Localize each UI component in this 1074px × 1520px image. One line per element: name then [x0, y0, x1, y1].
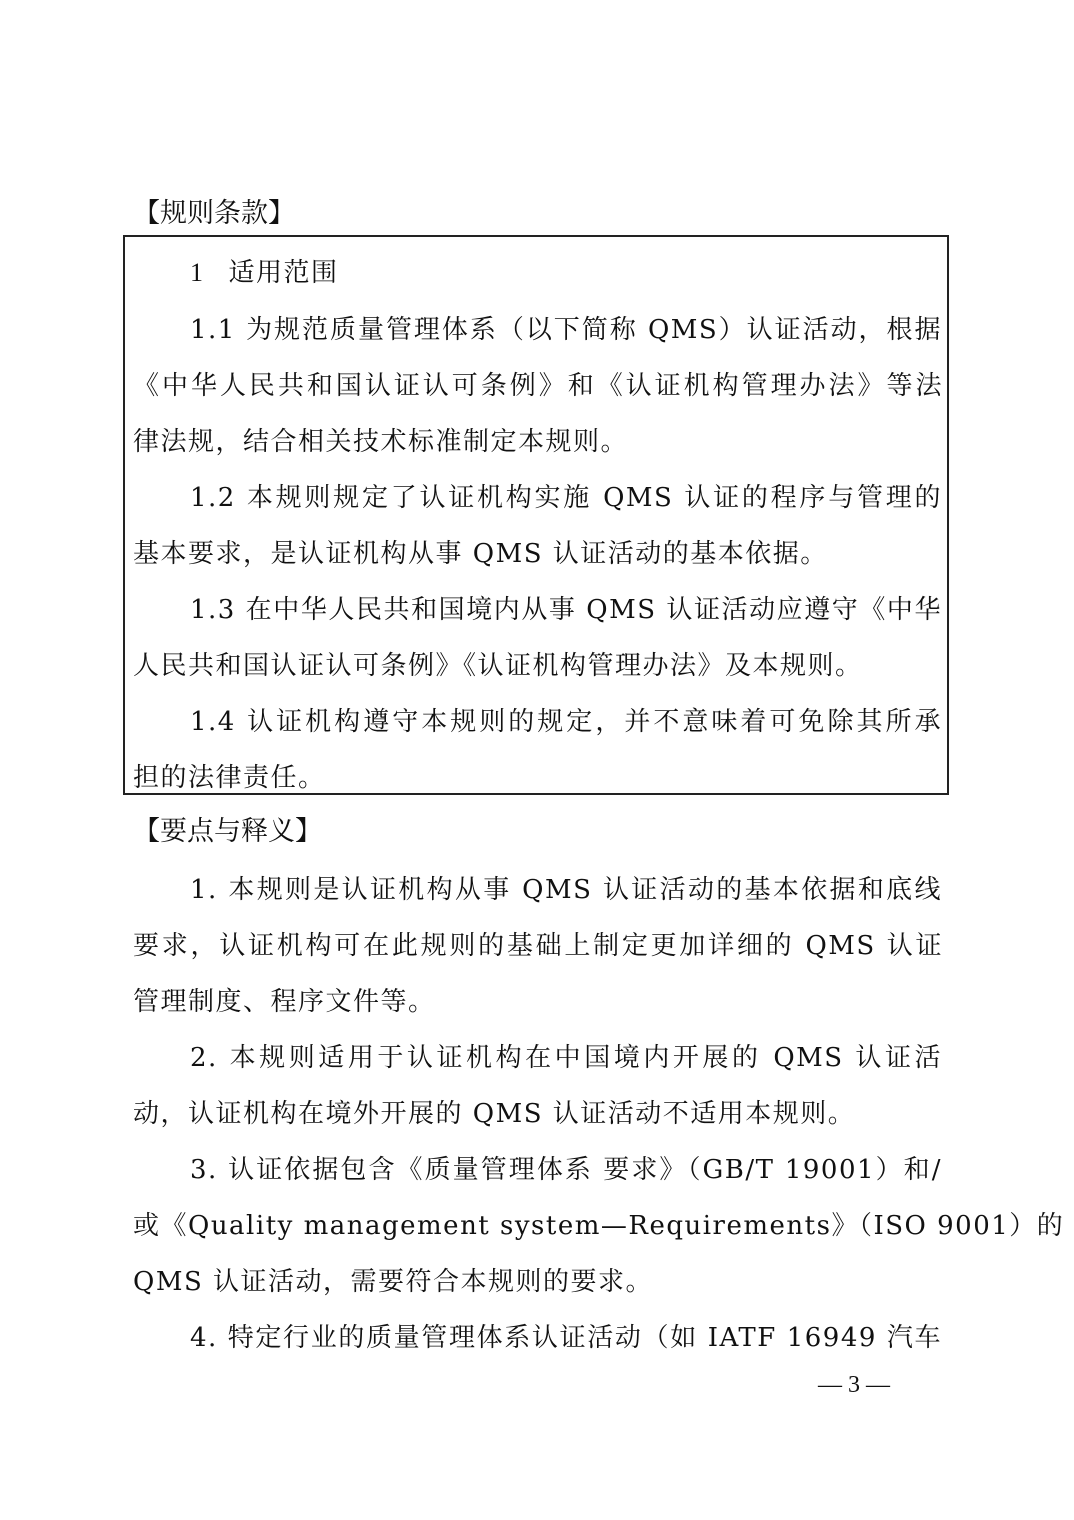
- document-page: 【规则条款】 1适用范围 1.1 为规范质量管理体系（以下简称 QMS）认证活动…: [0, 0, 1074, 1520]
- rules-line: 律法规，结合相关技术标准制定本规则。: [133, 425, 943, 459]
- notes-line: 2. 本规则适用于认证机构在中国境内开展的 QMS 认证活: [190, 1041, 942, 1075]
- notes-line: 4. 特定行业的质量管理体系认证活动（如 IATF 16949 汽车: [190, 1321, 942, 1355]
- rules-line: 1.2 本规则规定了认证机构实施 QMS 认证的程序与管理的: [190, 481, 942, 515]
- rules-section-heading: 【规则条款】: [133, 197, 295, 231]
- notes-section-heading: 【要点与释义】: [133, 815, 322, 849]
- notes-line: 要求，认证机构可在此规则的基础上制定更加详细的 QMS 认证: [133, 929, 943, 963]
- rules-line: 基本要求，是认证机构从事 QMS 认证活动的基本依据。: [133, 537, 943, 571]
- notes-line: 或《Quality management system—Requirements…: [133, 1209, 943, 1243]
- clause-heading: 1适用范围: [190, 256, 942, 290]
- notes-line: 管理制度、程序文件等。: [133, 985, 943, 1019]
- clause-number: 1: [190, 258, 205, 287]
- notes-line: 3. 认证依据包含《质量管理体系 要求》（GB/T 19001）和/: [190, 1153, 942, 1187]
- clause-title: 适用范围: [229, 258, 339, 288]
- rules-line: 担的法律责任。: [133, 761, 943, 795]
- rules-line: 《中华人民共和国认证认可条例》和《认证机构管理办法》等法: [133, 369, 943, 403]
- notes-line: QMS 认证活动，需要符合本规则的要求。: [133, 1265, 943, 1299]
- rules-line: 1.3 在中华人民共和国境内从事 QMS 认证活动应遵守《中华: [190, 593, 942, 627]
- rules-line: 人民共和国认证认可条例》《认证机构管理办法》及本规则。: [133, 649, 943, 683]
- notes-line: 动，认证机构在境外开展的 QMS 认证活动不适用本规则。: [133, 1097, 943, 1131]
- page-number: — 3 —: [818, 1370, 890, 1400]
- rules-line: 1.1 为规范质量管理体系（以下简称 QMS）认证活动，根据: [190, 313, 942, 347]
- rules-line: 1.4 认证机构遵守本规则的规定，并不意味着可免除其所承: [190, 705, 942, 739]
- notes-line: 1. 本规则是认证机构从事 QMS 认证活动的基本依据和底线: [190, 873, 942, 907]
